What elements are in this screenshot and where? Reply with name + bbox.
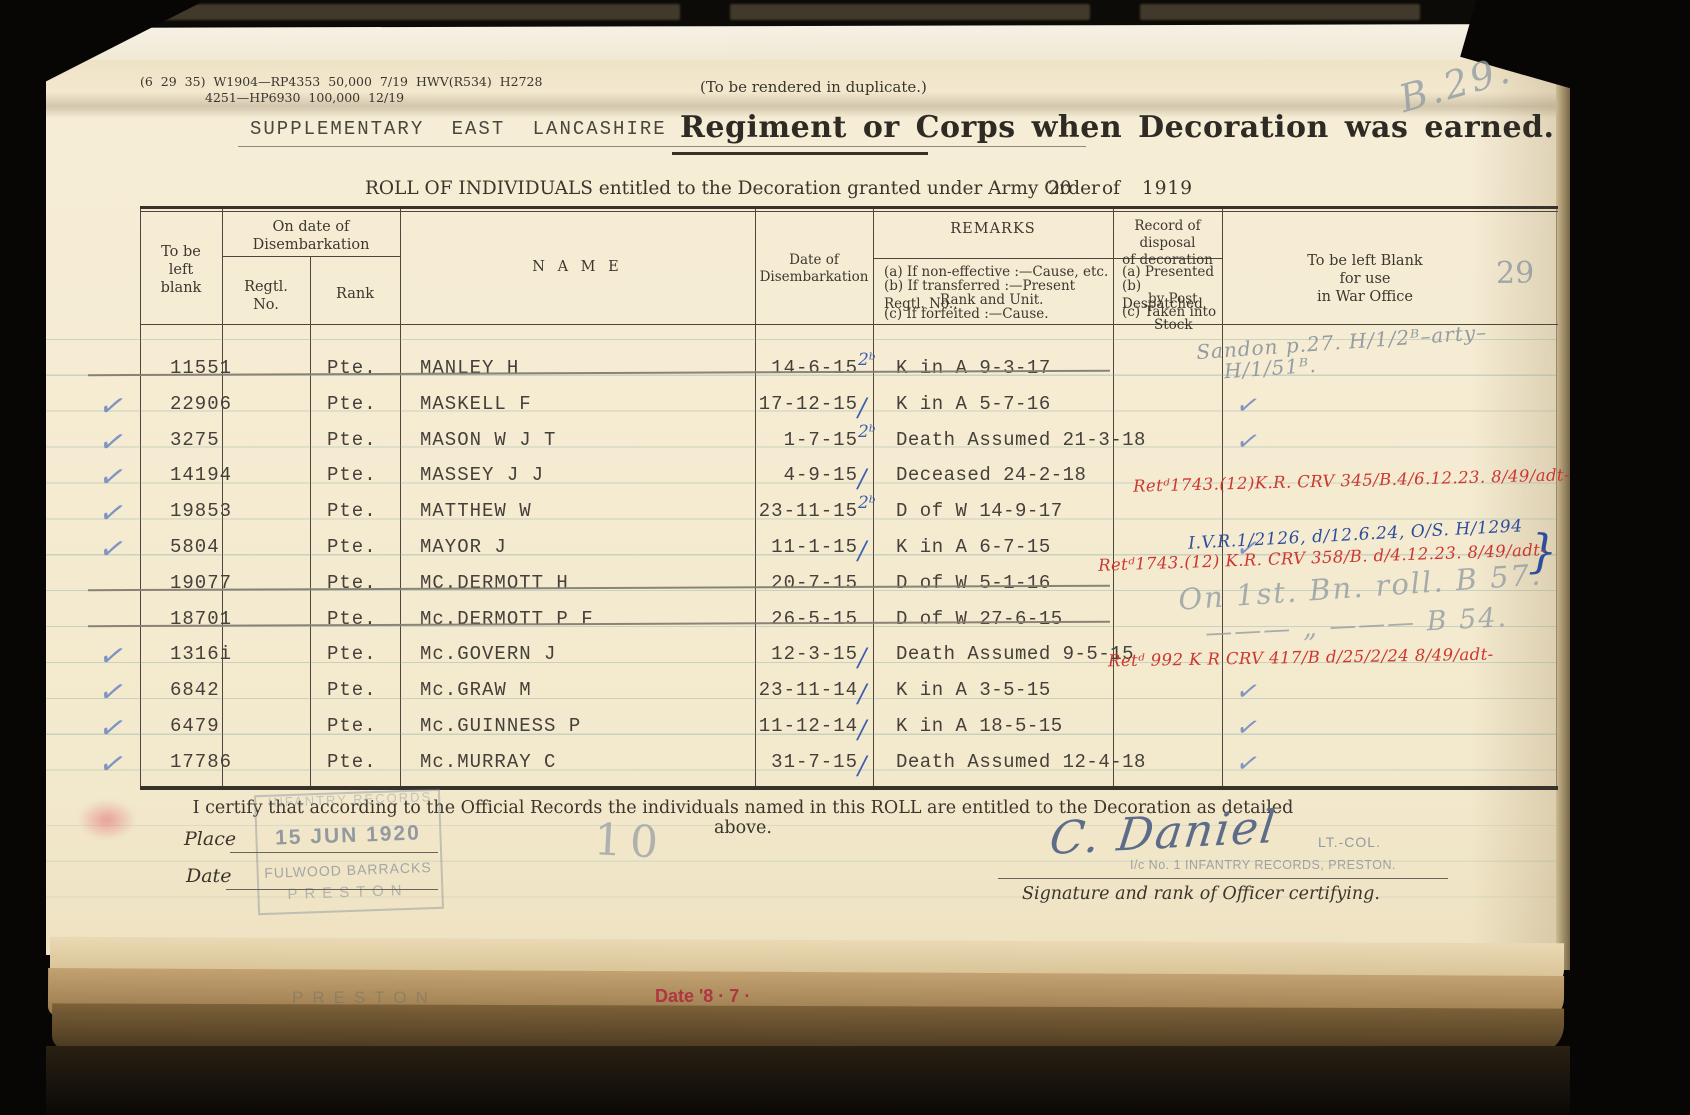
rank: Pte. [327,393,377,415]
bottom-date-stamp: Date '8 · 7 · [655,986,750,1007]
left-tick-mark: ✓ [95,674,130,711]
left-tick-mark: ✓ [95,638,130,675]
name: MASSEY J J [420,464,544,486]
header-sub-line [222,256,400,257]
roll-line-of: of [1102,178,1120,199]
remarks-text: K in A 3-5-15 [896,679,1051,701]
name: Mc.GRAW M [420,679,532,701]
blue-ink-mark: / [858,643,866,672]
remarks-text: Death Assumed 12-4-18 [896,751,1146,773]
left-tick-mark: ✓ [95,710,130,747]
army-order-number: 20 [1048,178,1072,199]
rank: Pte. [327,357,377,379]
remarks-text: D of W 5-1-16 [896,572,1051,594]
disposal-c2: Stock [1154,317,1224,335]
regtl-no: 17786 [170,751,232,773]
col-header-on-date: On date of Disembarkation [222,218,400,254]
rank: Pte. [327,608,377,630]
regtl-no: 19853 [170,500,232,522]
date-of-disembarkation: 1-7-15 [736,429,858,451]
table-row: ✓ 6479 Pte. Mc.GUINNESS P 11-12-14 / K i… [0,715,1690,751]
remarks-text: K in A 6-7-15 [896,536,1051,558]
pink-smudge [78,800,136,840]
table-row: ✓ 11551 Pte. MANLEY H 14-6-15 2ᵇ K in A … [0,357,1690,393]
name: Mc.DERMOTT P F [420,608,594,630]
pencil-page-number: 29 [1496,256,1534,291]
signer-rank: LT.-COL. [1318,834,1381,850]
remarks-text: D of W 14-9-17 [896,500,1063,522]
remarks-text: K in A 9-3-17 [896,357,1051,379]
rank: Pte. [327,429,377,451]
title-underline [672,152,928,155]
col-header-disposal: Record of disposal of decoration [1113,218,1222,269]
rank: Pte. [327,500,377,522]
col-header-date-of-disembarkation: Date of Disembarkation [755,252,873,286]
regtl-no: 22906 [170,393,232,415]
date-label: Date [186,865,231,887]
left-tick-mark: ✓ [95,495,130,532]
date-of-disembarkation: 4-9-15 [736,464,858,486]
signature-line [998,878,1448,879]
date-of-disembarkation: 31-7-15 [736,751,858,773]
table-row: ✓ 22906 Pte. MASKELL F 17-12-15 / K in A… [0,393,1690,429]
table-row: ✓ 6842 Pte. Mc.GRAW M 23-11-14 / K in A … [0,679,1690,715]
left-tick-mark: ✓ [95,459,130,496]
print-code-line1: (6 29 35) W1904—RP4353 50,000 7/19 HWV(R… [140,74,542,89]
blue-ink-mark: / [858,464,866,493]
date-blank-line [226,889,438,890]
table-row: ✓ 3275 Pte. MASON W J T 1-7-15 2ᵇ Death … [0,429,1690,465]
right-tick-mark: ✓ [1233,748,1263,780]
col-header-remarks: REMARKS [873,220,1113,238]
table-row: ✓ 17786 Pte. Mc.MURRAY C 31-7-15 / Death… [0,751,1690,787]
blue-ink-mark: / [858,715,866,744]
blue-ink-mark: / [858,751,866,780]
name: Mc.GOVERN J [420,643,556,665]
page-title: Regiment or Corps when Decoration was ea… [680,110,1554,145]
right-tick-mark: ✓ [1233,676,1263,708]
col-header-name: N A M E [400,258,755,276]
table-top-rule [140,206,1558,209]
name: MANLEY H [420,357,519,379]
regiment-blank-line [238,146,1086,147]
army-order-year: 1919 [1142,178,1193,199]
date-of-disembarkation: 14-6-15 [736,357,858,379]
regtl-no: 6479 [170,715,220,737]
right-tick-mark: ✓ [1233,712,1263,744]
date-of-disembarkation: 12-3-15 [736,643,858,665]
print-code-line2: 4251—HP6930 100,000 12/19 [205,90,404,105]
name: MASON W J T [420,429,556,451]
roll-line-prefix: ROLL OF INDIVIDUALS entitled to the Deco… [365,178,1100,199]
remarks-text: K in A 18-5-15 [896,715,1063,737]
rank: Pte. [327,464,377,486]
signature-caption: Signature and rank of Officer certifying… [1022,884,1380,904]
regtl-no: 6842 [170,679,220,701]
remarks-text: D of W 27-6-15 [896,608,1063,630]
rank: Pte. [327,536,377,558]
duplicate-note: (To be rendered in duplicate.) [700,78,927,96]
regiment-typed-entry: SUPPLEMENTARY EAST LANCASHIRE [250,118,667,140]
regtl-no: 1316i [170,643,232,665]
upper-page-fragment [1140,4,1420,20]
unit-stamp: I/c No. 1 INFANTRY RECORDS, PRESTON. [1130,858,1396,872]
upper-page-fragment [730,4,1090,20]
right-tick-mark: ✓ [1233,390,1263,422]
regtl-no: 14194 [170,464,232,486]
col-header-war-office: To be left Blank for use in War Office [1240,252,1490,306]
remarks-text: Death Assumed 21-3-18 [896,429,1146,451]
date-of-disembarkation: 11-12-14 [736,715,858,737]
blue-ink-mark: 2ᵇ [858,493,876,513]
pencil-number-10: 10 [593,814,668,869]
name: Mc.MURRAY C [420,751,556,773]
name: Mc.GUINNESS P [420,715,581,737]
right-tick-mark: ✓ [1233,426,1263,458]
remarks-text: Deceased 24-2-18 [896,464,1086,486]
name: MASKELL F [420,393,532,415]
left-tick-mark: ✓ [95,388,130,425]
rank: Pte. [327,679,377,701]
rank: Pte. [327,715,377,737]
rank: Pte. [327,572,377,594]
left-tick-mark: ✓ [95,423,130,460]
name: MAYOR J [420,536,507,558]
rank: Pte. [327,751,377,773]
date-of-disembarkation: 26-5-15 [736,608,858,630]
bottom-preston-stamp: PRESTON [292,988,437,1008]
place-label: Place [184,828,236,850]
remarks-text: K in A 5-7-16 [896,393,1051,415]
remarks-instruction-c: (c) If forfeited :—Cause. [884,306,1116,324]
scanned-document-photo: PRESTON Date '8 · 7 · (6 29 35) W1904—RP… [0,0,1690,1115]
left-tick-mark: ✓ [95,746,130,783]
date-of-disembarkation: 20-7-15 [736,572,858,594]
col-header-regtl-no: Regtl. No. [222,278,310,314]
col-header-rank: Rank [310,285,400,303]
upper-page-fragment [140,4,680,20]
regtl-no: 5804 [170,536,220,558]
date-of-disembarkation: 17-12-15 [736,393,858,415]
name: MATTHEW W [420,500,532,522]
rank: Pte. [327,643,377,665]
col-header-to-be-left-blank: To be left blank [140,243,222,297]
remarks-text: Death Assumed 9-5-15 [896,643,1134,665]
photo-bottom-black [0,1046,1690,1115]
blue-ink-mark: / [858,536,866,565]
blue-ink-mark: / [858,393,866,422]
regtl-no: 3275 [170,429,220,451]
date-of-disembarkation: 11-1-15 [736,536,858,558]
header-sub-line [873,258,1113,259]
blue-ink-mark: / [858,679,866,708]
table-top-rule2 [140,211,1558,212]
blue-ink-mark: 2ᵇ [858,350,876,370]
name: MC.DERMOTT H [420,572,569,594]
date-of-disembarkation: 23-11-14 [736,679,858,701]
place-blank-line [230,852,438,853]
left-tick-mark: ✓ [95,531,130,568]
blue-ink-mark: 2ᵇ [858,422,876,442]
date-of-disembarkation: 23-11-15 [736,500,858,522]
